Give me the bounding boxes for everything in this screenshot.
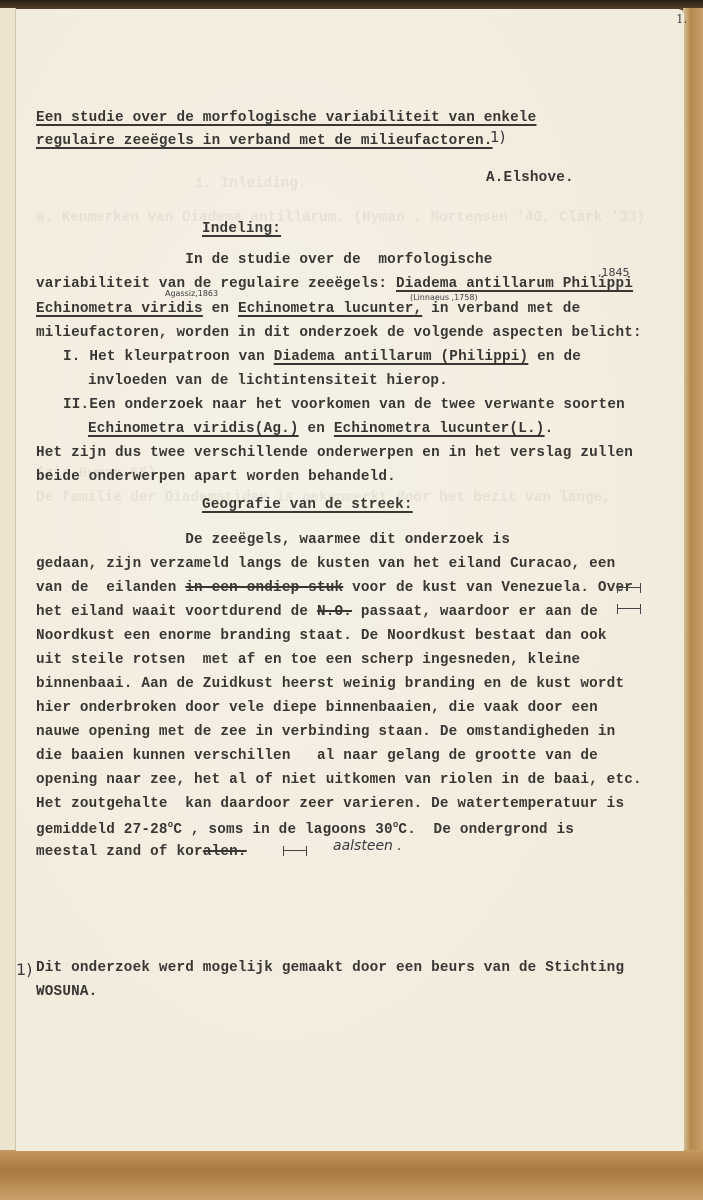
text: het eiland waait voortdurend de xyxy=(36,604,317,620)
list-item-1: I. Het kleurpatroon van Diadema antillar… xyxy=(63,349,581,365)
footnote-line: Dit onderzoek werd mogelijk gemaakt door… xyxy=(36,960,624,976)
species-name: Echinometra lucunter, xyxy=(238,301,422,317)
text: C. De ondergrond is xyxy=(398,822,574,838)
show-through-text: 1. Inleiding. xyxy=(195,176,307,192)
body-line: meestal zand of koralen. xyxy=(36,844,247,860)
body-line: van de eilanden in een ondiep stuk voor … xyxy=(36,580,633,596)
body-line: Het zoutgehalte kan daardoor zeer varier… xyxy=(36,796,624,812)
struck-text: alen. xyxy=(203,844,247,860)
footnote-line: WOSUNA. xyxy=(36,984,97,1000)
struck-text: N.O. xyxy=(317,604,352,620)
page-number: 1. xyxy=(676,12,687,26)
body-line: milieufactoren, worden in dit onderzoek … xyxy=(36,325,642,341)
list-item-2-cont: Echinometra viridis(Ag.) en Echinometra … xyxy=(88,421,553,437)
list-item-2: II.Een onderzoek naar het voorkomen van … xyxy=(63,397,625,413)
species-name: Echinometra viridis(Ag.) xyxy=(88,421,299,437)
handwritten-annotation: Agassiz,1863 xyxy=(165,289,218,298)
title-footnote-mark: 1) xyxy=(490,128,505,146)
body-line: De zeeëgels, waarmee dit onderzoek is xyxy=(36,532,510,548)
text: en xyxy=(203,301,238,317)
body-line: Echinometra viridis en Echinometra lucun… xyxy=(36,301,580,317)
document-title-line-1: Een studie over de morfologische variabi… xyxy=(36,110,536,126)
struck-text: in een ondiep stuk xyxy=(185,580,343,596)
species-name: Echinometra viridis xyxy=(36,301,203,317)
body-line: die baaien kunnen verschillen al naar ge… xyxy=(36,748,598,764)
body-line: variabiliteit van de regulaire zeeëgels:… xyxy=(36,276,633,292)
text: . xyxy=(545,421,554,437)
body-line: uit steile rotsen met af en toe een sche… xyxy=(36,652,580,668)
text: gemiddeld 27-28 xyxy=(36,822,168,838)
footnote-mark: 1) xyxy=(16,960,32,979)
body-line: Het zijn dus twee verschillende onderwer… xyxy=(36,445,633,461)
margin-deletion-mark xyxy=(617,604,641,614)
book-right-edge xyxy=(683,8,703,1153)
text: van de eilanden xyxy=(36,580,185,596)
text: passaat, waardoor er aan de xyxy=(352,604,598,620)
text: voor de kust van Venezuela. Over xyxy=(343,580,633,596)
body-line: In de studie over de morfologische xyxy=(36,252,493,268)
text: en de xyxy=(528,349,581,365)
species-name: Diadema antillarum (Philippi) xyxy=(274,349,529,365)
body-line: gemiddeld 27-28oC , soms in de lagoons 3… xyxy=(36,820,574,838)
facing-page-edge xyxy=(0,8,16,1153)
text: meestal zand of kor xyxy=(36,844,203,860)
species-name: Echinometra lucunter(L.) xyxy=(334,421,545,437)
body-line: het eiland waait voortdurend de N.O. pas… xyxy=(36,604,598,620)
body-line: binnenbaai. Aan de Zuidkust heerst weini… xyxy=(36,676,624,692)
show-through-text: a. Kenmerken van Diadema antillarum. (Hy… xyxy=(36,210,645,226)
section-heading-geografie: Geografie van de streek: xyxy=(202,497,413,513)
margin-deletion-mark xyxy=(617,583,641,593)
handwritten-annotation: ,1845 xyxy=(598,266,630,279)
section-heading-indeling: Indeling: xyxy=(202,221,281,237)
author-name: A.Elshove. xyxy=(486,170,574,186)
text: C , soms in de lagoons 30 xyxy=(173,822,393,838)
book-bottom-edge xyxy=(0,1150,703,1200)
body-line: Noordkust een enorme branding staat. De … xyxy=(36,628,607,644)
body-line: opening naar zee, het al of niet uitkome… xyxy=(36,772,642,788)
text: in verband met de xyxy=(422,301,580,317)
text: en xyxy=(299,421,334,437)
body-line: beide onderwerpen apart worden behandeld… xyxy=(36,469,396,485)
body-line: nauwe opening met de zee in verbinding s… xyxy=(36,724,615,740)
handwritten-correction: aalsteen . xyxy=(333,838,402,854)
text: I. Het kleurpatroon van xyxy=(63,349,274,365)
insertion-mark xyxy=(283,846,307,856)
body-line: hier onderbroken door vele diepe binnenb… xyxy=(36,700,598,716)
document-title-line-2: regulaire zeeëgels in verband met de mil… xyxy=(36,133,493,149)
body-line: gedaan, zijn verzameld langs de kusten v… xyxy=(36,556,615,572)
list-item-1-cont: invloeden van de lichtintensiteit hierop… xyxy=(88,373,448,389)
